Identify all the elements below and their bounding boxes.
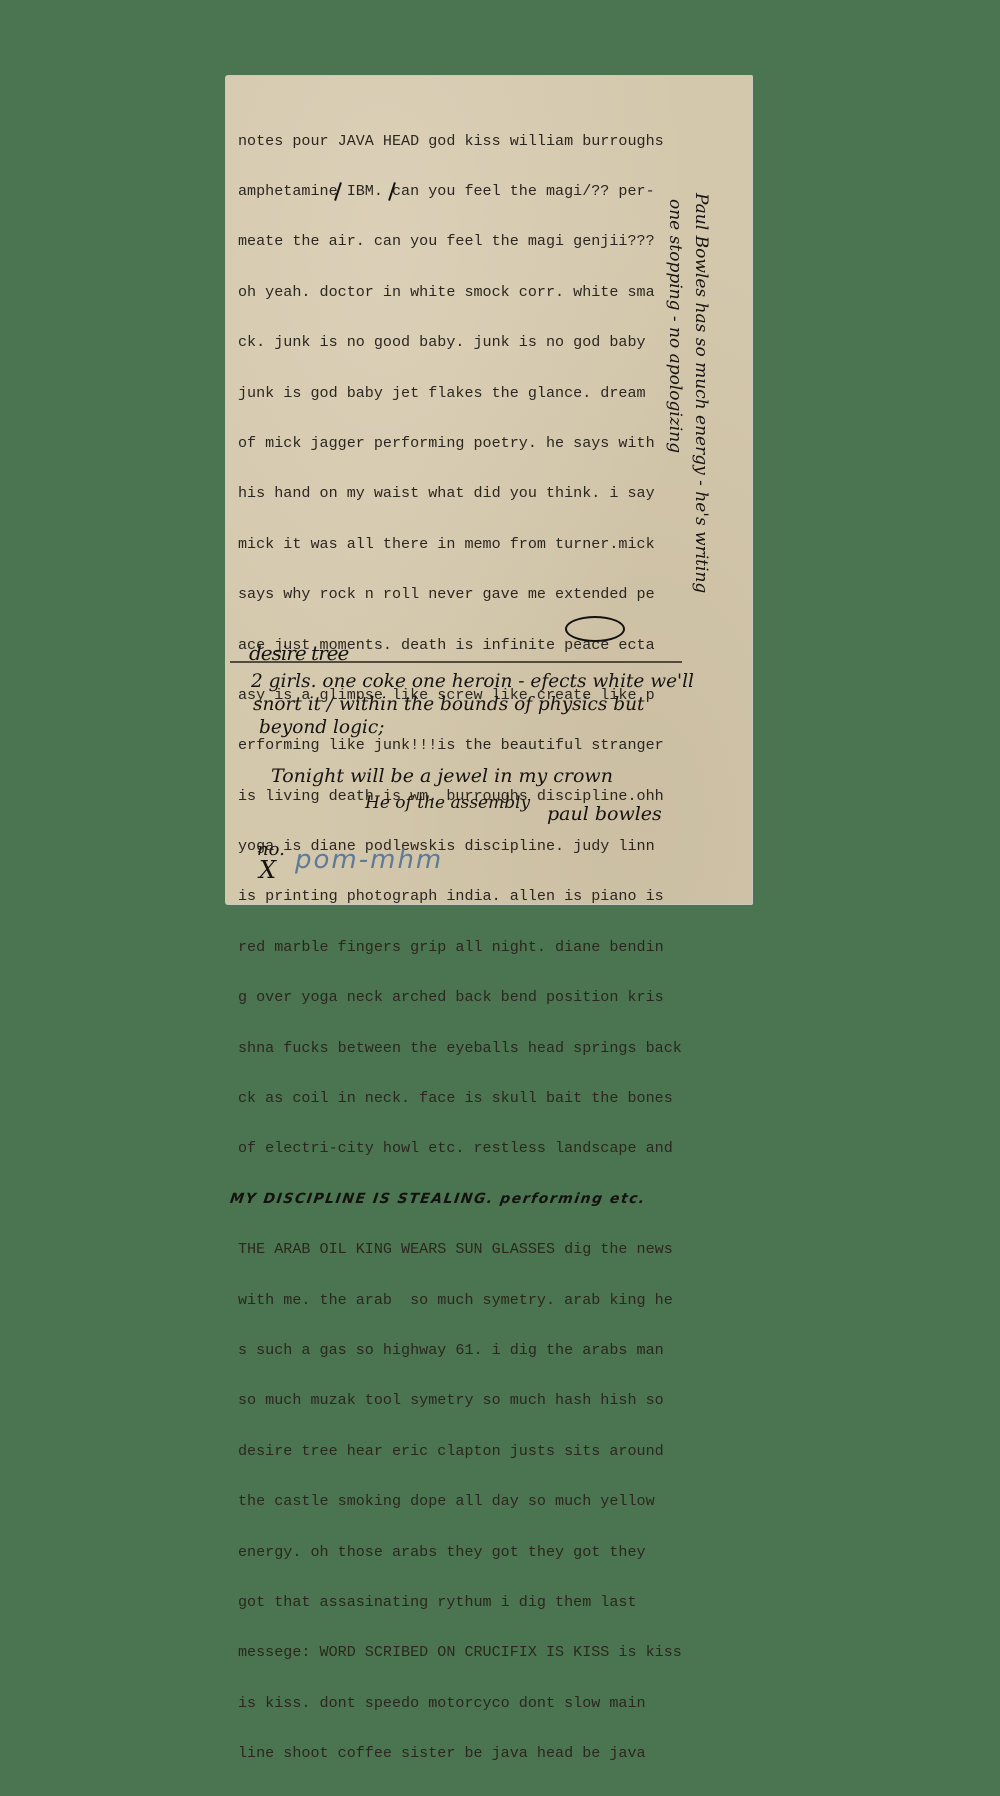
blue-ink-scribble: pom-mhm <box>295 845 443 875</box>
typed-line: mick it was all there in memo from turne… <box>238 536 682 553</box>
typed-line: his hand on my waist what did you think.… <box>238 485 682 502</box>
handwritten-heading: desire tree <box>249 641 348 665</box>
margin-note-line: Paul Bowles has so much energy - he's wr… <box>691 193 711 593</box>
handwritten-line: snort it / within the bounds of physics … <box>253 694 644 715</box>
typed-line: red marble fingers grip all night. diane… <box>238 939 682 956</box>
typed-line: of mick jagger performing poetry. he say… <box>238 435 682 452</box>
manuscript-page: notes pour JAVA HEAD god kiss william bu… <box>225 75 753 905</box>
handwritten-line: He of the assembly <box>365 793 530 813</box>
margin-note-line: one stopping - no apologizing <box>665 199 685 453</box>
handwritten-signature: paul bowles <box>547 803 662 825</box>
typed-line: ck. junk is no good baby. junk is no god… <box>238 334 682 351</box>
typed-line: meate the air. can you feel the magi gen… <box>238 233 682 250</box>
cross-mark-icon: X <box>259 858 276 882</box>
handwritten-line: Tonight will be a jewel in my crown <box>271 765 613 787</box>
typed-line: junk is god baby jet flakes the glance. … <box>238 385 682 402</box>
typed-line: amphetamine IBM. can you feel the magi/?… <box>238 183 682 200</box>
typed-line: g over yoga neck arched back bend positi… <box>238 989 682 1000</box>
handwritten-line: 2 girls. one coke one heroin - efects wh… <box>251 671 694 692</box>
circled-word-java <box>565 616 625 642</box>
handwritten-line: beyond logic; <box>259 717 384 738</box>
typed-line: oh yeah. doctor in white smock corr. whi… <box>238 284 682 301</box>
typed-line: notes pour JAVA HEAD god kiss william bu… <box>238 133 682 150</box>
typed-line: says why rock n roll never gave me exten… <box>238 586 682 603</box>
typed-line: is printing photograph india. allen is p… <box>238 888 682 905</box>
typed-line: erforming like junk!!!is the beautiful s… <box>238 737 682 754</box>
